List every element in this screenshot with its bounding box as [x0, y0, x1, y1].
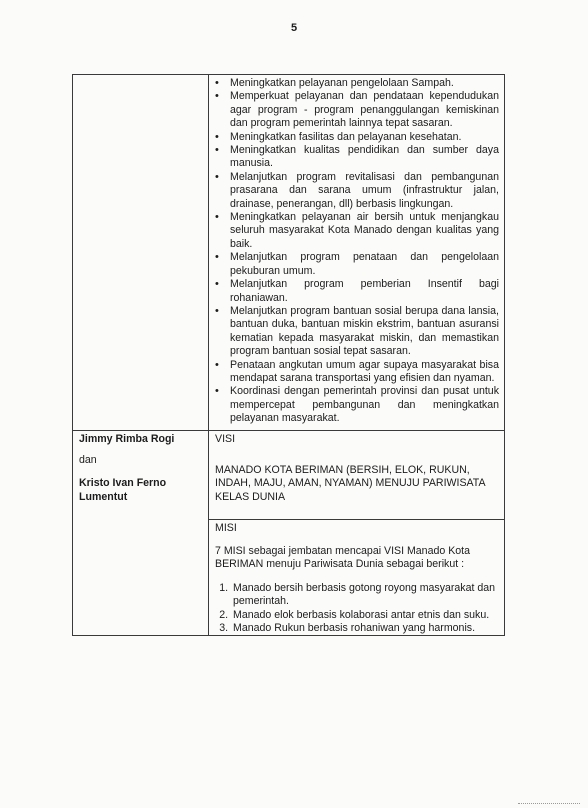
visi-text: MANADO KOTA BERIMAN (BERSIH, ELOK, RUKUN…: [215, 464, 498, 504]
list-item: Koordinasi dengan pemerintah provinsi da…: [214, 385, 499, 425]
program-table: Meningkatkan pelayanan pengelolaan Sampa…: [72, 74, 505, 636]
list-item: Meningkatkan pelayanan air bersih untuk …: [214, 211, 499, 251]
empty-left-cell: [73, 75, 209, 431]
table-row-programs: Meningkatkan pelayanan pengelolaan Sampa…: [73, 75, 505, 431]
list-item: Manado Rukun berbasis rohaniwan yang har…: [231, 622, 498, 635]
list-item: Meningkatkan fasilitas dan pelayanan kes…: [214, 131, 499, 144]
candidate-name-1: Jimmy Rimba Rogi: [79, 433, 202, 446]
list-item: Memperkuat pelayanan dan pendataan kepen…: [214, 90, 499, 130]
program-bullet-list: Meningkatkan pelayanan pengelolaan Sampa…: [209, 75, 504, 430]
visi-label: VISI: [215, 433, 498, 446]
candidate-cell: Jimmy Rimba Rogi dan Kristo Ivan Ferno L…: [73, 430, 209, 636]
misi-label: MISI: [209, 522, 504, 535]
misi-list: Manado bersih berbasis gotong royong mas…: [209, 582, 504, 636]
list-item: Meningkatkan pelayanan pengelolaan Sampa…: [214, 77, 499, 90]
visi-cell: VISI MANADO KOTA BERIMAN (BERSIH, ELOK, …: [209, 430, 505, 519]
scan-artifact-line: [518, 803, 580, 804]
list-item: Melanjutkan program pemberian Insentif b…: [214, 278, 499, 305]
candidate-separator: dan: [79, 454, 202, 467]
list-item: Manado elok berbasis kolaborasi antar et…: [231, 609, 498, 622]
list-item: Melanjutkan program penataan dan pengelo…: [214, 251, 499, 278]
misi-intro: 7 MISI sebagai jembatan mencapai VISI Ma…: [209, 545, 504, 572]
list-item: Melanjutkan program revitalisasi dan pem…: [214, 171, 499, 211]
page-number: 5: [0, 22, 588, 34]
list-item: Meningkatkan kualitas pendidikan dan sum…: [214, 144, 499, 171]
list-item: Manado bersih berbasis gotong royong mas…: [231, 582, 498, 609]
misi-cell: MISI 7 MISI sebagai jembatan mencapai VI…: [209, 519, 505, 636]
program-cell: Meningkatkan pelayanan pengelolaan Sampa…: [209, 75, 505, 431]
candidate-name-2: Kristo Ivan Ferno Lumentut: [79, 477, 202, 504]
list-item: Penataan angkutan umum agar supaya masya…: [214, 359, 499, 386]
list-item: Melanjutkan program bantuan sosial berup…: [214, 305, 499, 359]
table-row-visi: Jimmy Rimba Rogi dan Kristo Ivan Ferno L…: [73, 430, 505, 519]
